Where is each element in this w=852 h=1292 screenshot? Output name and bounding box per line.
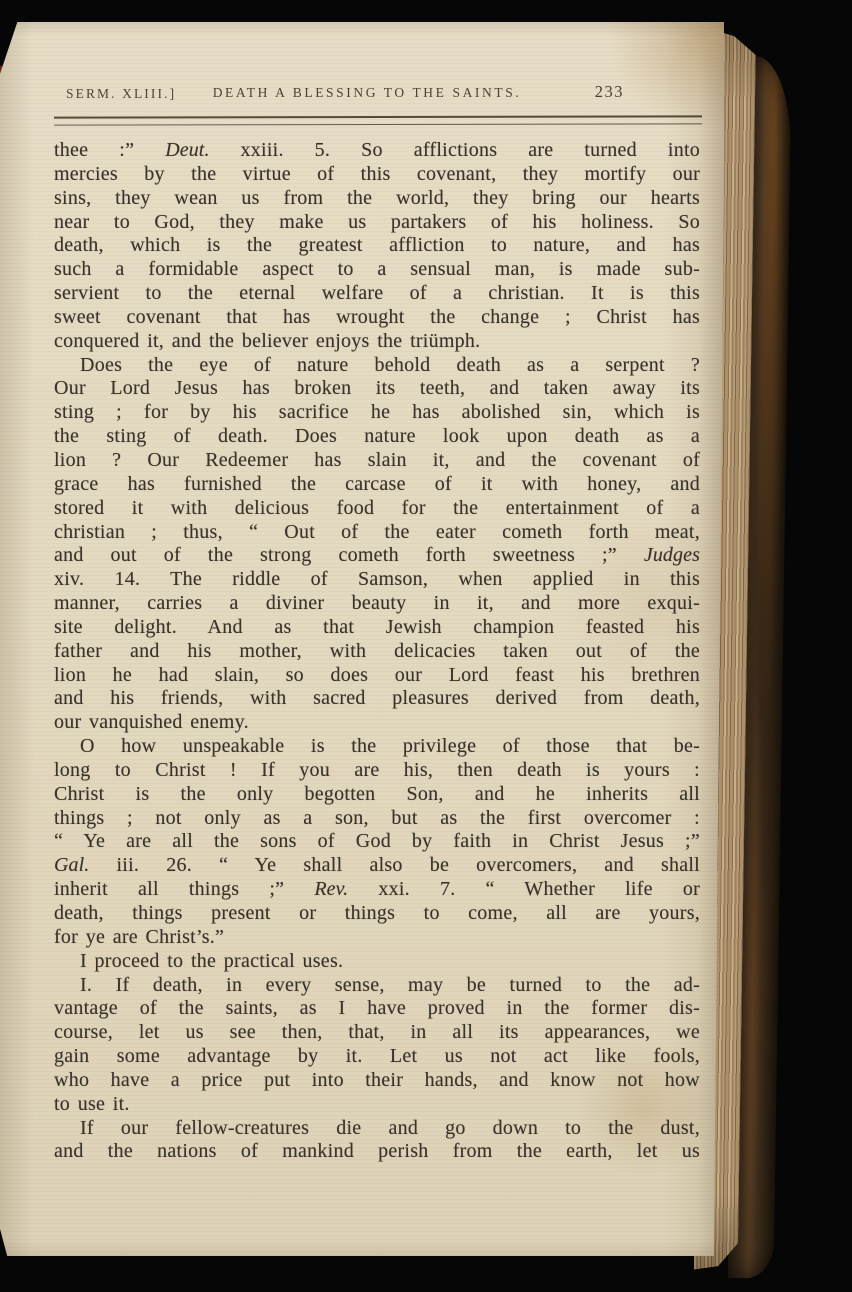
text-line: conquered it, and the believer enjoys th… — [54, 330, 700, 354]
text-line: death, which is the greatest affliction … — [54, 234, 700, 258]
text-line: the sting of death. Does nature look upo… — [54, 425, 700, 449]
text-line: manner, carries a diviner beauty in it, … — [54, 592, 700, 616]
text-line: our vanquished enemy. — [54, 711, 700, 735]
text-line: course, let us see then, that, in all it… — [54, 1021, 700, 1045]
text-line: site delight. And as that Jewish champio… — [54, 616, 700, 640]
text-block: thee :” Deut. xxiii. 5. So afflictions a… — [54, 139, 700, 1164]
text-line: such a formidable aspect to a sensual ma… — [54, 258, 700, 282]
text-line: death, things present or things to come,… — [54, 902, 700, 926]
text-line: near to God, they make us partakers of h… — [54, 211, 700, 235]
text-line: xiv. 14. The riddle of Samson, when appl… — [54, 568, 700, 592]
text-line: Does the eye of nature behold death as a… — [54, 354, 700, 378]
text-line: If our fellow-creatures die and go down … — [54, 1117, 700, 1141]
text-line: and out of the strong cometh forth sweet… — [54, 544, 700, 568]
text-line: lion ? Our Redeemer has slain it, and th… — [54, 449, 700, 473]
text-line: long to Christ ! If you are his, then de… — [54, 759, 700, 783]
text-line: Christ is the only begotten Son, and he … — [54, 783, 700, 807]
running-title: DEATH A BLESSING TO THE SAINTS. — [180, 85, 554, 101]
text-line: “ Ye are all the sons of God by faith in… — [54, 830, 700, 854]
text-line: vantage of the saints, as I have proved … — [54, 997, 700, 1021]
text-line: sins, they wean us from the world, they … — [54, 187, 700, 211]
text-line: sweet covenant that has wrought the chan… — [54, 306, 700, 330]
text-line: servient to the eternal welfare of a chr… — [54, 282, 700, 306]
text-line: stored it with delicious food for the en… — [54, 497, 700, 521]
text-line: and the nations of mankind perish from t… — [54, 1140, 700, 1164]
text-line: for ye are Christ’s.” — [54, 926, 700, 950]
text-line: lion he had slain, so does our Lord feas… — [54, 664, 700, 688]
text-line: Gal. iii. 26. “ Ye shall also be overcom… — [54, 854, 700, 878]
text-line: I. If death, in every sense, may be turn… — [54, 974, 700, 998]
sermon-number: SERM. XLIII.] — [66, 86, 176, 102]
page-number: 233 — [595, 82, 624, 102]
page-header: SERM. XLIII.] DEATH A BLESSING TO THE SA… — [0, 82, 724, 106]
text-line: to use it. — [54, 1093, 700, 1117]
text-line: things ; not only as a son, but as the f… — [54, 807, 700, 831]
double-rule — [54, 115, 702, 125]
text-line: gain some advantage by it. Let us not ac… — [54, 1045, 700, 1069]
text-line: father and his mother, with delicacies t… — [54, 640, 700, 664]
text-line: mercies by the virtue of this covenant, … — [54, 163, 700, 187]
text-line: Our Lord Jesus has broken its teeth, and… — [54, 377, 700, 401]
text-line: grace has furnished the carcase of it wi… — [54, 473, 700, 497]
text-line: O how unspeakable is the privilege of th… — [54, 735, 700, 759]
photo-background: SERM. XLIII.] DEATH A BLESSING TO THE SA… — [0, 0, 852, 1292]
text-line: christian ; thus, “ Out of the eater com… — [54, 521, 700, 545]
text-line: inherit all things ;” Rev. xxi. 7. “ Whe… — [54, 878, 700, 902]
text-line: who have a price put into their hands, a… — [54, 1069, 700, 1093]
text-line: sting ; for by his sacrifice he has abol… — [54, 401, 700, 425]
book-page: SERM. XLIII.] DEATH A BLESSING TO THE SA… — [0, 22, 724, 1256]
text-line: and his friends, with sacred pleasures d… — [54, 687, 700, 711]
text-line: thee :” Deut. xxiii. 5. So afflictions a… — [54, 139, 700, 163]
text-line: I proceed to the practical uses. — [54, 950, 700, 974]
